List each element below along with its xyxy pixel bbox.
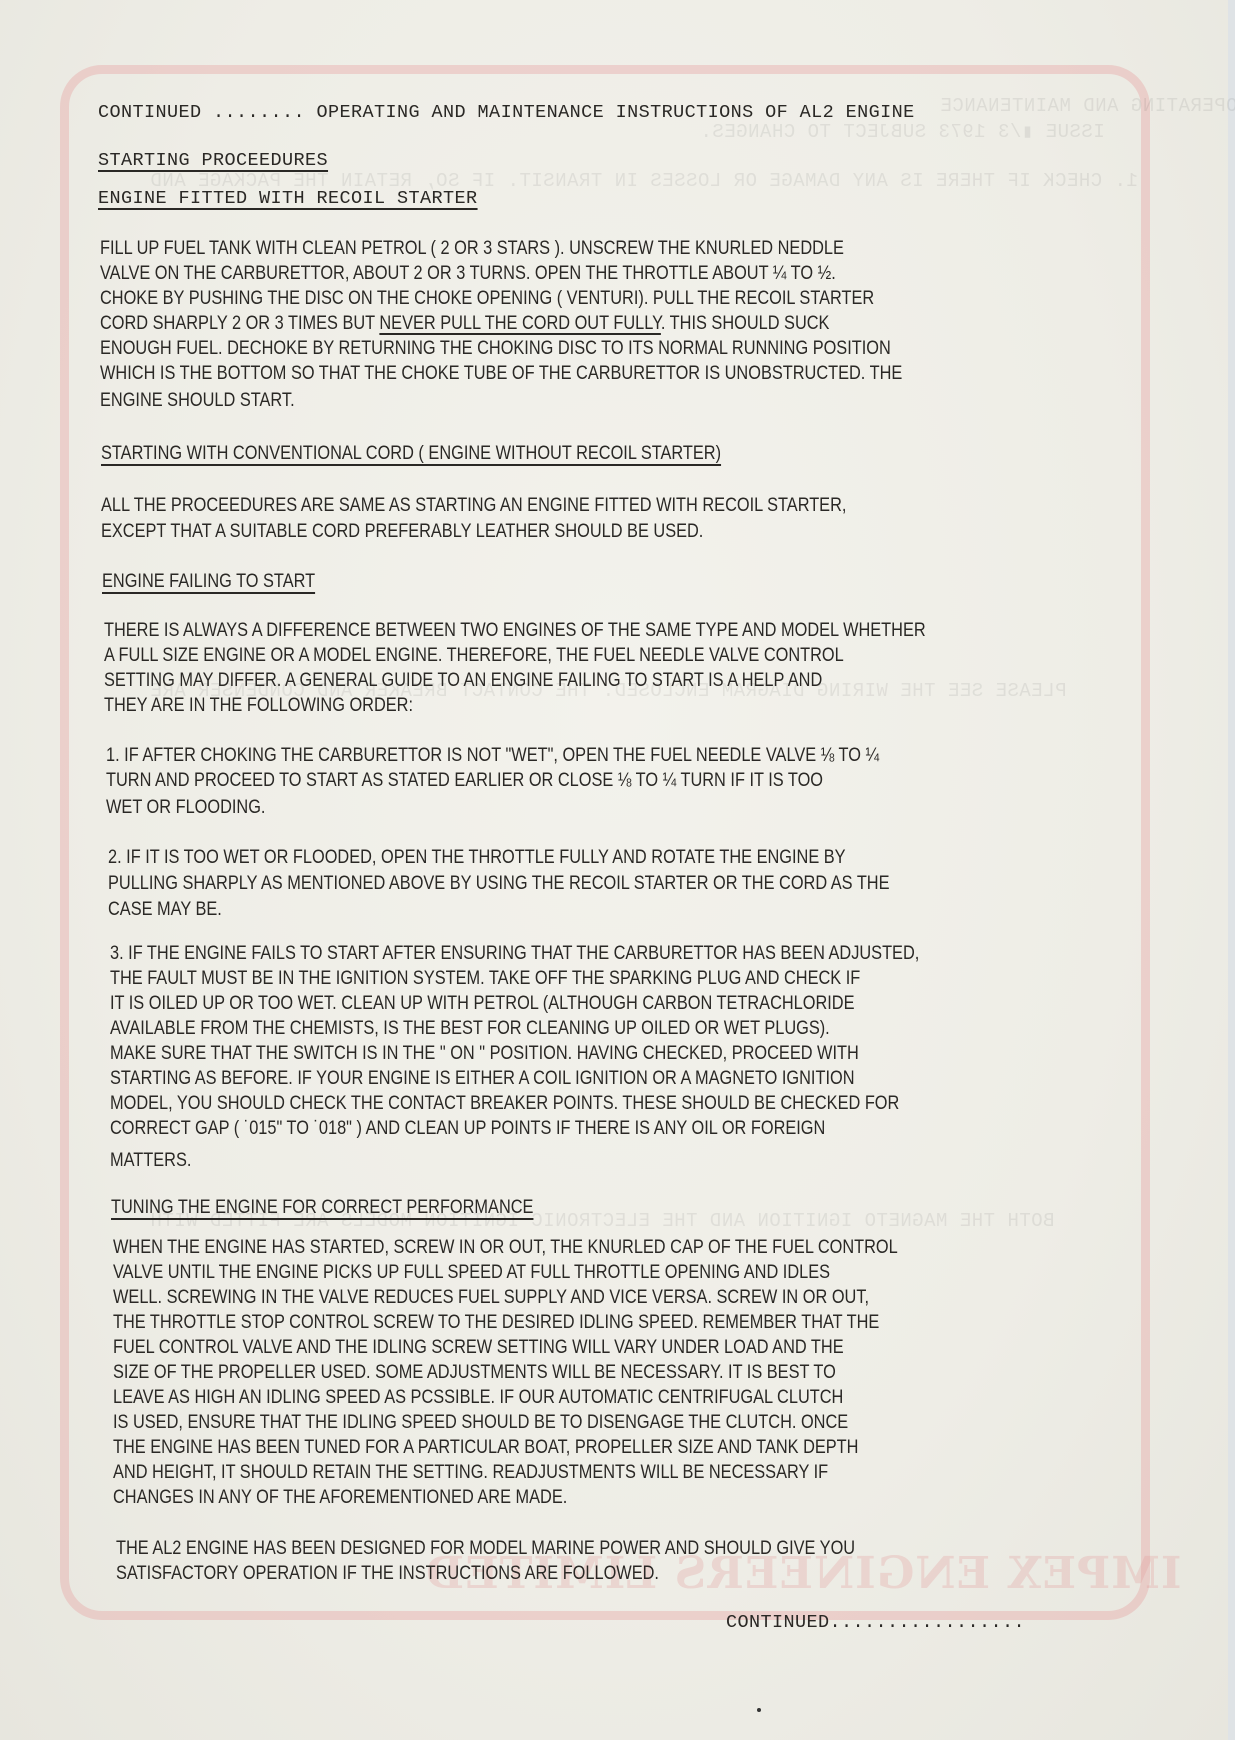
list-item-line: MATTERS. bbox=[110, 1150, 191, 1172]
list-item-line: AVAILABLE FROM THE CHEMISTS, IS THE BEST… bbox=[110, 1018, 830, 1040]
body-line: THEY ARE IN THE FOLLOWING ORDER: bbox=[104, 695, 413, 717]
section-heading: ENGINE FAILING TO START bbox=[102, 571, 315, 593]
list-item-line: 1. IF AFTER CHOKING THE CARBURETTOR IS N… bbox=[106, 745, 879, 767]
body-line: WELL. SCREWING IN THE VALVE REDUCES FUEL… bbox=[113, 1287, 869, 1309]
closing-line: SATISFACTORY OPERATION IF THE INSTRUCTIO… bbox=[116, 1563, 659, 1585]
body-text: CORD SHARPLY 2 OR 3 TIMES BUT bbox=[100, 313, 379, 334]
bleed-through-text: ISSUE ▮/3 1973 SUBJECT TO CHANGES. bbox=[700, 120, 1105, 143]
list-item-line: MAKE SURE THAT THE SWITCH IS IN THE " ON… bbox=[110, 1043, 859, 1065]
body-line: VALVE ON THE CARBURETTOR, ABOUT 2 OR 3 T… bbox=[100, 263, 836, 285]
list-item-line: 2. IF IT IS TOO WET OR FLOODED, OPEN THE… bbox=[108, 847, 846, 869]
closing-line: THE AL2 ENGINE HAS BEEN DESIGNED FOR MOD… bbox=[116, 1538, 855, 1560]
body-line: VALVE UNTIL THE ENGINE PICKS UP FULL SPE… bbox=[113, 1262, 830, 1284]
body-line: WHICH IS THE BOTTOM SO THAT THE CHOKE TU… bbox=[100, 363, 902, 385]
list-item-line: PULLING SHARPLY AS MENTIONED ABOVE BY US… bbox=[108, 873, 889, 895]
list-item-line: WET OR FLOODING. bbox=[106, 797, 265, 819]
document-header: CONTINUED ........ OPERATING AND MAINTEN… bbox=[98, 102, 915, 123]
list-item-line: CASE MAY BE. bbox=[108, 899, 222, 921]
section-heading: STARTING WITH CONVENTIONAL CORD ( ENGINE… bbox=[101, 443, 721, 465]
body-line: ALL THE PROCEEDURES ARE SAME AS STARTING… bbox=[101, 495, 846, 517]
section-subheading: ENGINE FITTED WITH RECOIL STARTER bbox=[98, 188, 478, 209]
emphasis-warning: NEVER PULL THE CORD OUT FULLY bbox=[379, 313, 661, 334]
body-line: ENOUGH FUEL. DECHOKE BY RETURNING THE CH… bbox=[100, 338, 891, 360]
body-line: SIZE OF THE PROPELLER USED. SOME ADJUSTM… bbox=[113, 1362, 836, 1384]
list-item-line: THE FAULT MUST BE IN THE IGNITION SYSTEM… bbox=[110, 968, 860, 990]
list-item-line: TURN AND PROCEED TO START AS STATED EARL… bbox=[106, 770, 823, 792]
list-item-line: 3. IF THE ENGINE FAILS TO START AFTER EN… bbox=[110, 943, 919, 965]
continued-footer: CONTINUED................. bbox=[726, 1612, 1025, 1633]
body-line: CHANGES IN ANY OF THE AFOREMENTIONED ARE… bbox=[113, 1487, 567, 1509]
body-line: ENGINE SHOULD START. bbox=[100, 390, 295, 412]
page-edge bbox=[1228, 0, 1235, 1740]
list-item-line: CORRECT GAP ( ˙015" TO ˙018" ) AND CLEAN… bbox=[110, 1118, 825, 1140]
body-line: EXCEPT THAT A SUITABLE CORD PREFERABLY L… bbox=[101, 521, 703, 543]
body-line: LEAVE AS HIGH AN IDLING SPEED AS PCSSIBL… bbox=[113, 1387, 843, 1409]
list-item-line: MODEL, YOU SHOULD CHECK THE CONTACT BREA… bbox=[110, 1093, 899, 1115]
section-heading: TUNING THE ENGINE FOR CORRECT PERFORMANC… bbox=[111, 1197, 533, 1219]
bleed-through-text: ALZ OPERATING AND MAINTENANCE bbox=[940, 95, 1235, 117]
body-line: SETTING MAY DIFFER. A GENERAL GUIDE TO A… bbox=[104, 670, 822, 692]
body-line: A FULL SIZE ENGINE OR A MODEL ENGINE. TH… bbox=[104, 645, 844, 667]
body-line: THE THROTTLE STOP CONTROL SCREW TO THE D… bbox=[113, 1312, 879, 1334]
body-line: CORD SHARPLY 2 OR 3 TIMES BUT NEVER PULL… bbox=[100, 313, 829, 335]
body-line: THERE IS ALWAYS A DIFFERENCE BETWEEN TWO… bbox=[104, 620, 926, 642]
list-item-line: STARTING AS BEFORE. IF YOUR ENGINE IS EI… bbox=[110, 1068, 855, 1090]
body-line: IS USED, ENSURE THAT THE IDLING SPEED SH… bbox=[113, 1412, 848, 1434]
punch-mark bbox=[757, 1708, 761, 1712]
body-line: CHOKE BY PUSHING THE DISC ON THE CHOKE O… bbox=[100, 288, 874, 310]
body-line: FUEL CONTROL VALVE AND THE IDLING SCREW … bbox=[113, 1337, 844, 1359]
body-line: FILL UP FUEL TANK WITH CLEAN PETROL ( 2 … bbox=[100, 238, 844, 260]
body-line: AND HEIGHT, IT SHOULD RETAIN THE SETTING… bbox=[113, 1462, 828, 1484]
list-item-line: IT IS OILED UP OR TOO WET. CLEAN UP WITH… bbox=[110, 993, 855, 1015]
body-line: WHEN THE ENGINE HAS STARTED, SCREW IN OR… bbox=[113, 1237, 898, 1259]
body-text: . THIS SHOULD SUCK bbox=[661, 313, 830, 334]
section-heading: STARTING PROCEEDURES bbox=[98, 150, 328, 171]
body-line: THE ENGINE HAS BEEN TUNED FOR A PARTICUL… bbox=[113, 1437, 858, 1459]
